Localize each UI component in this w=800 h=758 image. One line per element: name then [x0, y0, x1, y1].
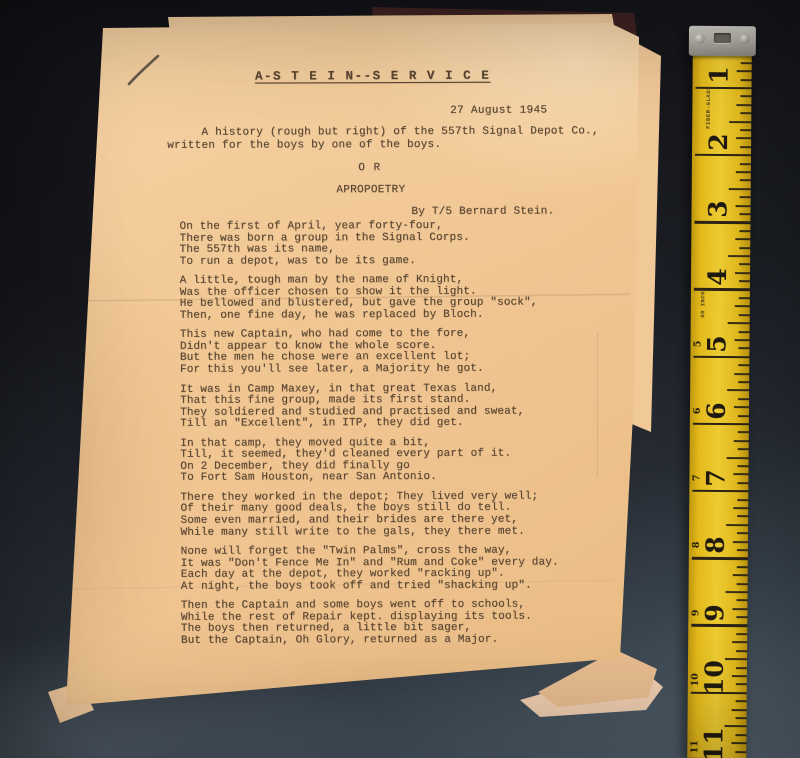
poem-stanza: On the first of April, year forty-four,T…: [179, 220, 557, 268]
poem-stanza: It was in Camp Maxey, in that great Texa…: [180, 383, 558, 431]
poem-stanza: In that camp, they moved quite a bit,Til…: [180, 437, 558, 485]
poem-line: For this you'll see later, a Majority he…: [180, 363, 558, 376]
poem-line: But the Captain, Oh Glory, returned as a…: [181, 634, 559, 647]
poem-line: Till an "Excellent", in ITP, they did ge…: [180, 418, 558, 431]
poem-stanza: This new Captain, who had come to the fo…: [180, 329, 558, 377]
tape-number-small: 9: [687, 602, 705, 622]
poem-line: To Fort Sam Houston, near San Antonio.: [180, 472, 558, 485]
poem-line: At night, the boys took off and tried "s…: [181, 580, 559, 593]
poem-stanzas: On the first of April, year forty-four,T…: [179, 220, 559, 655]
document-title: A-S T E I N--S E R V I C E: [255, 69, 490, 84]
poem-stanza: None will forget the "Twin Palms", cross…: [181, 546, 559, 594]
tape-number-small: 7: [688, 468, 706, 488]
or-label: O R: [358, 162, 381, 174]
tape-numbers: 1234556677889910101111: [687, 26, 752, 758]
tape-brand-text: FIBER-GLASS: [705, 77, 712, 137]
tape-length-text: 60 INCH: [699, 282, 706, 326]
byline: By T/5 Bernard Stein.: [411, 205, 554, 217]
clip-slot: [714, 33, 731, 43]
poem-stanza: Then the Captain and some boys went off …: [181, 600, 559, 648]
tape-number-small: 5: [689, 334, 707, 354]
poem-line: To run a depot, was to be its game.: [180, 255, 558, 268]
rivet-icon: [695, 34, 705, 44]
tape-number-small: 6: [689, 401, 707, 421]
rivet-icon: [740, 34, 750, 44]
document-date: 27 August 1945: [450, 104, 547, 116]
poem-stanza: A little, tough man by the name of Knigh…: [180, 275, 558, 323]
tape-number: 3: [703, 194, 733, 224]
poem-stanza: There they worked in the depot; They liv…: [180, 491, 558, 539]
document-subtitle: APROPOETRY: [336, 184, 405, 196]
tape-number-small: 10: [687, 670, 705, 690]
poem-line: While many still write to the gals, they…: [181, 526, 559, 539]
intro-line: A history (rough but right) of the 557th…: [167, 125, 599, 139]
tape-number-small: 11: [686, 737, 704, 757]
measuring-tape: 1234556677889910101111 FIBER-GLASS 60 IN…: [687, 26, 752, 758]
tape-number-small: 8: [688, 535, 706, 555]
poem-line: Then, one fine day, he was replaced by B…: [180, 309, 558, 322]
tape-number: 4: [703, 261, 733, 291]
intro-line: written for the boys by one of the boys.: [167, 138, 441, 151]
tape-metal-clip: [689, 26, 756, 57]
